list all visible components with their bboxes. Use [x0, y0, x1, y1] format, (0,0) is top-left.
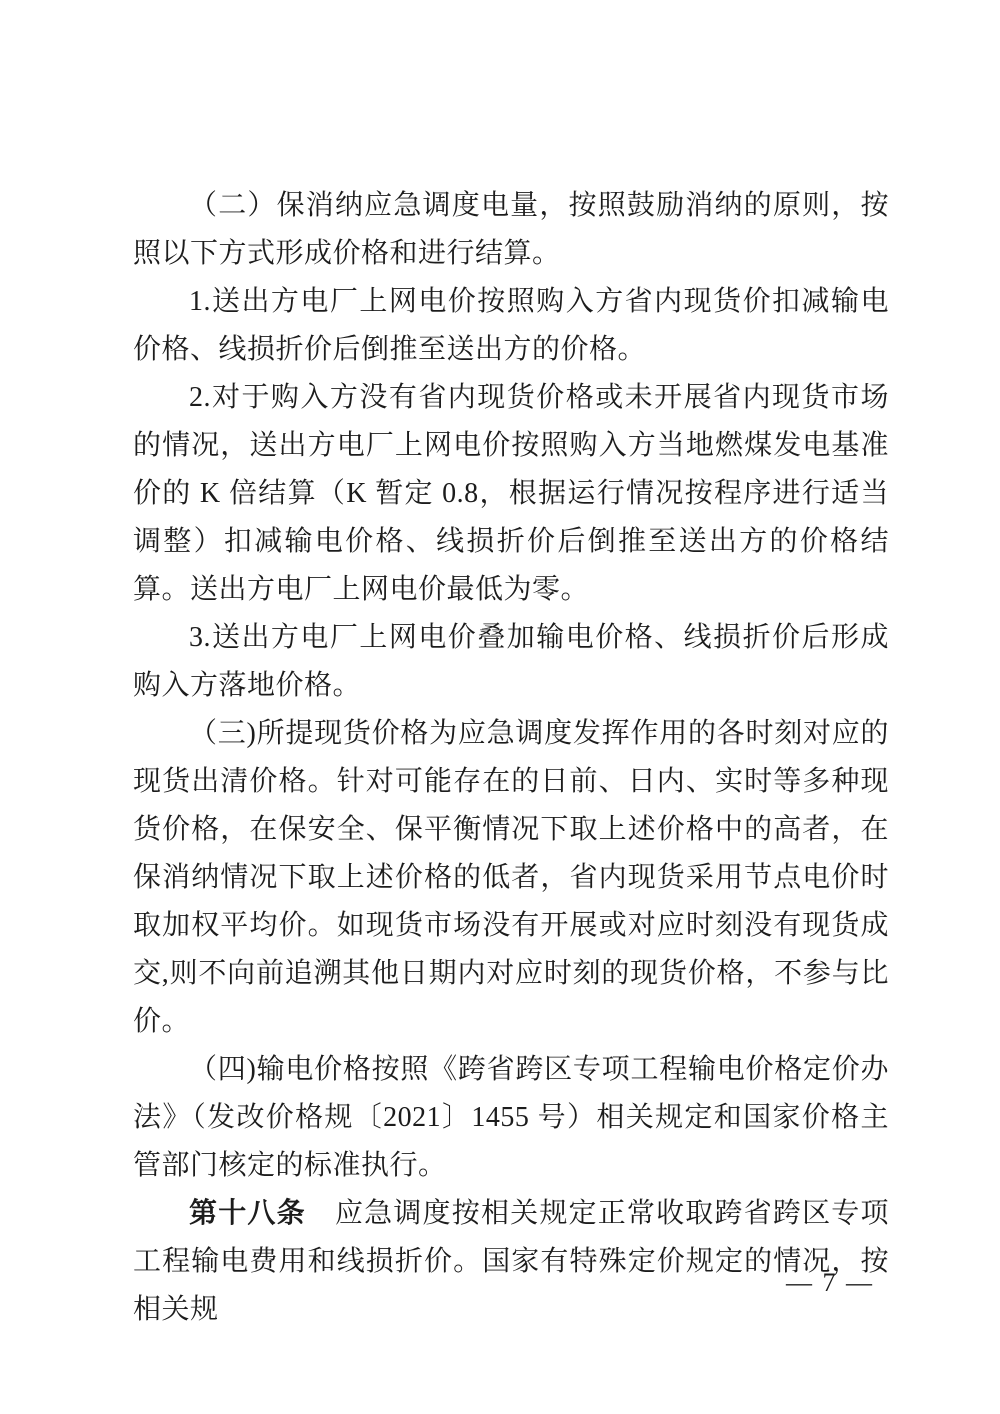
- paragraph: 第十八条 应急调度按相关规定正常收取跨省跨区专项工程输电费用和线损折价。国家有特…: [133, 1190, 889, 1334]
- paragraph: 2.对于购入方没有省内现货价格或未开展省内现货市场的情况，送出方电厂上网电价按照…: [133, 374, 889, 614]
- article-number: 第十八条: [189, 1198, 306, 1229]
- paragraph-text: 3.送出方电厂上网电价叠加输电价格、线损折价后形成购入方落地价格。: [133, 622, 889, 701]
- paragraph: （四)输电价格按照《跨省跨区专项工程输电价格定价办法》（发改价格规〔2021〕1…: [133, 1046, 889, 1190]
- paragraph: （二）保消纳应急调度电量，按照鼓励消纳的原则，按照以下方式形成价格和进行结算。: [133, 182, 889, 278]
- document-body: （二）保消纳应急调度电量，按照鼓励消纳的原则，按照以下方式形成价格和进行结算。1…: [133, 182, 889, 1334]
- paragraph: 1.送出方电厂上网电价按照购入方省内现货价扣减输电价格、线损折价后倒推至送出方的…: [133, 278, 889, 374]
- paragraph: 3.送出方电厂上网电价叠加输电价格、线损折价后形成购入方落地价格。: [133, 614, 889, 710]
- paragraph-text: （二）保消纳应急调度电量，按照鼓励消纳的原则，按照以下方式形成价格和进行结算。: [133, 190, 889, 269]
- paragraph-text: 1.送出方电厂上网电价按照购入方省内现货价扣减输电价格、线损折价后倒推至送出方的…: [133, 286, 889, 365]
- paragraph-text: 2.对于购入方没有省内现货价格或未开展省内现货市场的情况，送出方电厂上网电价按照…: [133, 382, 889, 605]
- paragraph-text: （三)所提现货价格为应急调度发挥作用的各时刻对应的现货出清价格。针对可能存在的日…: [133, 718, 889, 1037]
- paragraph: （三)所提现货价格为应急调度发挥作用的各时刻对应的现货出清价格。针对可能存在的日…: [133, 710, 889, 1046]
- document-page: （二）保消纳应急调度电量，按照鼓励消纳的原则，按照以下方式形成价格和进行结算。1…: [0, 0, 1000, 1414]
- paragraph-text: （四)输电价格按照《跨省跨区专项工程输电价格定价办法》（发改价格规〔2021〕1…: [133, 1054, 889, 1181]
- page-number: — 7 —: [786, 1266, 874, 1300]
